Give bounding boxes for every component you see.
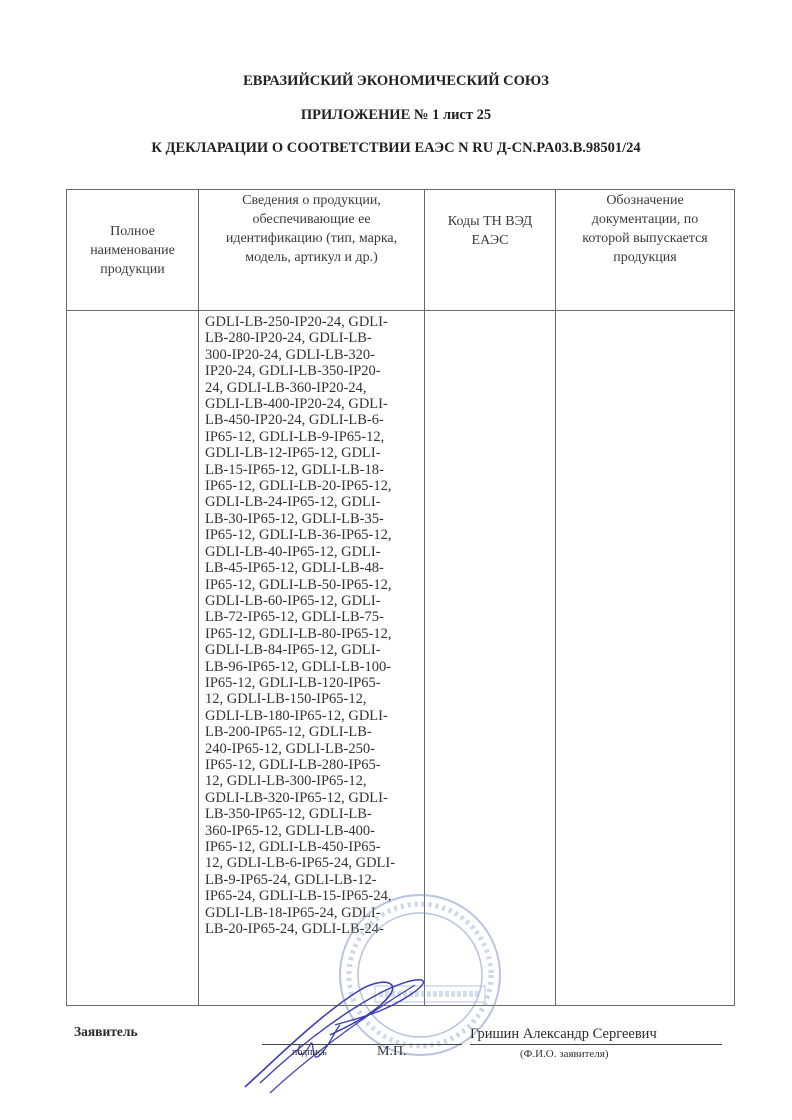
signature-caption: подпись [292, 1047, 327, 1058]
model-line: 300-IP20-24, GDLI-LB-320- [205, 347, 420, 363]
header-documentation: Обозначениедокументации, покоторой выпус… [556, 190, 735, 311]
cell-product-name [67, 311, 199, 1006]
model-line: 240-IP65-12, GDLI-LB-250- [205, 741, 420, 757]
model-line: LB-9-IP65-24, GDLI-LB-12- [205, 872, 420, 888]
model-line: IP65-12, GDLI-LB-50-IP65-12, [205, 577, 420, 593]
model-line: 24, GDLI-LB-360-IP20-24, [205, 380, 420, 396]
appendix-title: ПРИЛОЖЕНИЕ № 1 лист 25 [0, 107, 792, 124]
signature-icon [240, 975, 470, 1095]
stamp-caption: М.П. [377, 1044, 407, 1060]
applicant-label: Заявитель [74, 1024, 138, 1040]
model-line: LB-30-IP65-12, GDLI-LB-35- [205, 511, 420, 527]
table-header-row: Полноенаименованиепродукции Сведения о п… [67, 190, 735, 311]
model-line: GDLI-LB-40-IP65-12, GDLI- [205, 544, 420, 560]
model-line: GDLI-LB-12-IP65-12, GDLI- [205, 445, 420, 461]
model-line: IP65-12, GDLI-LB-20-IP65-12, [205, 478, 420, 494]
model-line: GDLI-LB-84-IP65-12, GDLI- [205, 642, 420, 658]
model-line: LB-450-IP20-24, GDLI-LB-6- [205, 412, 420, 428]
model-line: IP65-12, GDLI-LB-450-IP65- [205, 839, 420, 855]
model-line: GDLI-LB-400-IP20-24, GDLI- [205, 396, 420, 412]
header-tnved-codes: Коды ТН ВЭДЕАЭС [425, 190, 556, 311]
model-line: LB-96-IP65-12, GDLI-LB-100- [205, 659, 420, 675]
model-line: LB-15-IP65-12, GDLI-LB-18- [205, 462, 420, 478]
name-line [470, 1044, 722, 1045]
declaration-title: К ДЕКЛАРАЦИИ О СООТВЕТСТВИИ ЕАЭС N RU Д-… [0, 140, 792, 157]
model-line: IP65-12, GDLI-LB-36-IP65-12, [205, 527, 420, 543]
header-product-info: Сведения о продукции,обеспечивающие ееид… [199, 190, 425, 311]
model-line: GDLI-LB-24-IP65-12, GDLI- [205, 494, 420, 510]
model-list: GDLI-LB-250-IP20-24, GDLI-LB-280-IP20-24… [199, 311, 424, 937]
model-line: LB-200-IP65-12, GDLI-LB- [205, 724, 420, 740]
model-line: IP65-12, GDLI-LB-120-IP65- [205, 675, 420, 691]
model-line: GDLI-LB-60-IP65-12, GDLI- [205, 593, 420, 609]
model-line: GDLI-LB-320-IP65-12, GDLI- [205, 790, 420, 806]
model-line: IP65-12, GDLI-LB-280-IP65- [205, 757, 420, 773]
header-product-name: Полноенаименованиепродукции [67, 190, 199, 311]
signature-line [262, 1044, 462, 1045]
cell-documentation [556, 311, 735, 1006]
model-line: LB-72-IP65-12, GDLI-LB-75- [205, 609, 420, 625]
model-line: IP65-12, GDLI-LB-80-IP65-12, [205, 626, 420, 642]
model-line: LB-45-IP65-12, GDLI-LB-48- [205, 560, 420, 576]
model-line: IP65-12, GDLI-LB-9-IP65-12, [205, 429, 420, 445]
model-line: 12, GDLI-LB-300-IP65-12, [205, 773, 420, 789]
model-line: GDLI-LB-180-IP65-12, GDLI- [205, 708, 420, 724]
model-line: LB-280-IP20-24, GDLI-LB- [205, 330, 420, 346]
applicant-name: Гришин Александр Сергеевич [470, 1026, 657, 1043]
model-line: 12, GDLI-LB-6-IP65-24, GDLI- [205, 855, 420, 871]
declaration-table: Полноенаименованиепродукции Сведения о п… [66, 189, 735, 1006]
model-line: GDLI-LB-250-IP20-24, GDLI- [205, 314, 420, 330]
name-caption: (Ф.И.О. заявителя) [520, 1048, 609, 1060]
model-line: 12, GDLI-LB-150-IP65-12, [205, 691, 420, 707]
model-line: LB-350-IP65-12, GDLI-LB- [205, 806, 420, 822]
model-line: 360-IP65-12, GDLI-LB-400- [205, 823, 420, 839]
model-line: IP20-24, GDLI-LB-350-IP20- [205, 363, 420, 379]
union-title: ЕВРАЗИЙСКИЙ ЭКОНОМИЧЕСКИЙ СОЮЗ [0, 73, 792, 90]
